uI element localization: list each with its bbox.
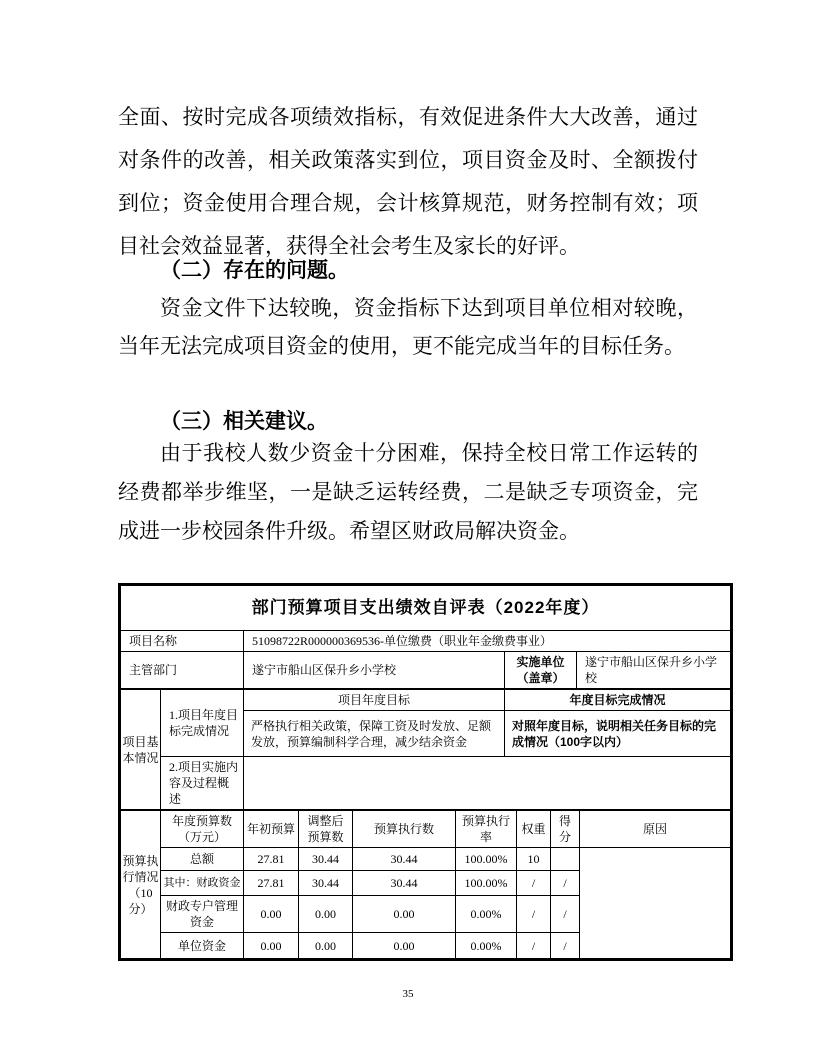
budget-score-value: / <box>551 871 580 896</box>
budget-weight-value: 10 <box>517 848 551 871</box>
row-label-implementation: 2.项目实施内容及过程概述 <box>161 757 244 810</box>
implementation-value <box>244 757 731 810</box>
self-evaluation-table: 部门预算项目支出绩效自评表（2022年度） 项目名称 51098722R0000… <box>118 583 733 961</box>
budget-weight-value: / <box>517 933 551 959</box>
table-budget-section: 预算执行情况（10分） 年度预算数（万元） 年初预算 调整后预算数 预算执行数 … <box>120 810 731 959</box>
table-basic-info-section: 部门预算项目支出绩效自评表（2022年度） 项目名称 51098722R0000… <box>120 585 731 810</box>
budget-reason-cell <box>580 848 731 959</box>
budget-header-reason: 原因 <box>580 811 731 848</box>
budget-adjusted-value: 0.00 <box>299 896 353 933</box>
project-name-label: 项目名称 <box>121 631 244 652</box>
heading-existing-problems: （二）存在的问题。 <box>118 252 740 289</box>
implement-unit-label: 实施单位 （盖章） <box>505 652 577 690</box>
section-label-basic-info: 项目基本情况 <box>121 689 161 810</box>
budget-header-annual: 年度预算数（万元） <box>161 811 244 848</box>
budget-score-value: / <box>551 896 580 933</box>
budget-executed-value: 0.00 <box>353 896 456 933</box>
implement-unit-value: 遂宁市船山区保升乡小学校 <box>577 652 731 690</box>
project-name-value: 51098722R000000369536-单位缴费（职业年金缴费事业） <box>244 631 731 652</box>
budget-header-score: 得分 <box>551 811 580 848</box>
budget-rate-value: 100.00% <box>456 848 517 871</box>
budget-row-label: 单位资金 <box>161 933 244 959</box>
document-page: 全面、按时完成各项绩效指标，有效促进条件大大改善，通过对条件的改善，相关政策落实… <box>0 0 816 1056</box>
budget-header-adjusted: 调整后预算数 <box>299 811 353 848</box>
budget-rate-value: 0.00% <box>456 896 517 933</box>
budget-rate-value: 0.00% <box>456 933 517 959</box>
implement-unit-label-line2: （盖章） <box>508 670 573 686</box>
budget-adjusted-value: 30.44 <box>299 871 353 896</box>
budget-executed-value: 30.44 <box>353 848 456 871</box>
page-number: 35 <box>0 988 816 1000</box>
budget-adjusted-value: 0.00 <box>299 933 353 959</box>
budget-row-label: 其中：财政资金 <box>161 871 244 896</box>
row-label-annual-goal: 1.项目年度目标完成情况 <box>161 689 244 757</box>
budget-executed-value: 0.00 <box>353 933 456 959</box>
budget-weight-value: / <box>517 896 551 933</box>
budget-adjusted-value: 30.44 <box>299 848 353 871</box>
budget-header-executed: 预算执行数 <box>353 811 456 848</box>
completion-text: 对照年度目标，说明相关任务目标的完成情况（100字以内） <box>505 711 731 757</box>
budget-score-value <box>551 848 580 871</box>
budget-initial-value: 27.81 <box>244 871 299 896</box>
paragraph-performance-summary: 全面、按时完成各项绩效指标，有效促进条件大大改善，通过对条件的改善，相关政策落实… <box>118 96 698 268</box>
budget-initial-value: 27.81 <box>244 848 299 871</box>
annual-goal-header: 项目年度目标 <box>244 689 505 711</box>
budget-initial-value: 0.00 <box>244 933 299 959</box>
budget-header-rate: 预算执行率 <box>456 811 517 848</box>
budget-executed-value: 30.44 <box>353 871 456 896</box>
budget-weight-value: / <box>517 871 551 896</box>
budget-row-label: 财政专户管理资金 <box>161 896 244 933</box>
budget-header-initial: 年初预算 <box>244 811 299 848</box>
annual-goal-text: 严格执行相关政策，保障工资及时发放、足额发放，预算编制科学合理，减少结余资金 <box>244 711 505 757</box>
table-row-total: 总额 27.81 30.44 30.44 100.00% 10 <box>121 848 731 871</box>
completion-header: 年度目标完成情况 <box>505 689 731 711</box>
supervisor-dept-value: 遂宁市船山区保升乡小学校 <box>244 652 505 690</box>
paragraph-existing-problems: 资金文件下达较晚，资金指标下达到项目单位相对较晚，当年无法完成项目资金的使用，更… <box>118 289 698 365</box>
budget-score-value: / <box>551 933 580 959</box>
budget-header-weight: 权重 <box>517 811 551 848</box>
section-label-budget-execution: 预算执行情况（10分） <box>121 811 161 959</box>
budget-initial-value: 0.00 <box>244 896 299 933</box>
table-title: 部门预算项目支出绩效自评表（2022年度） <box>121 586 731 631</box>
supervisor-dept-label: 主管部门 <box>121 652 244 690</box>
implement-unit-label-line1: 实施单位 <box>508 654 573 670</box>
paragraph-suggestions: 由于我校人数少资金十分困难，保持全校日常工作运转的经费都举步维坚，一是缺乏运转经… <box>118 434 698 551</box>
budget-row-label: 总额 <box>161 848 244 871</box>
budget-rate-value: 100.00% <box>456 871 517 896</box>
